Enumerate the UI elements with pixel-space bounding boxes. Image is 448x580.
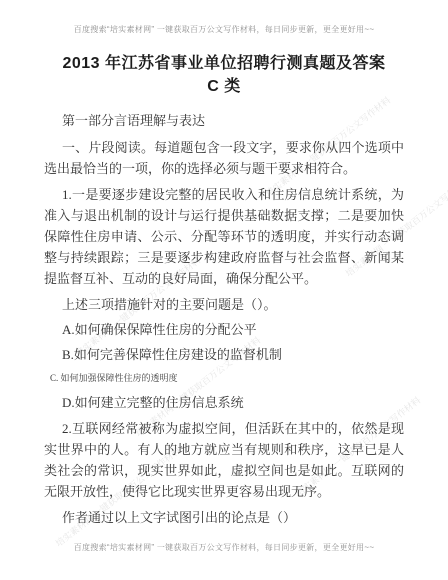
question2-prompt: 作者通过以上文字试图引出的论点是（） [44, 507, 404, 528]
question1-option-c: C. 如何加强保障性住房的透明度 [44, 370, 404, 386]
document-body: 2013 年江苏省事业单位招聘行测真题及答案 C 类 第一部分言语理解与表达 一… [0, 0, 448, 528]
section-intro-paragraph: 一、片段阅读。每道题包含一段文字，要求你从四个选项中选出最恰当的一项，你的选择必… [44, 137, 404, 179]
question2-stem: 2.互联网经常被称为虚拟空间，但活跃在其中的，依然是现实世界中的人。有人的地方就… [44, 418, 404, 502]
page-title: 2013 年江苏省事业单位招聘行测真题及答案 C 类 [57, 52, 391, 98]
footer-promo-banner: 百度搜索“培实素材网” 一键获取百万公文写作材料，每日同步更新，更全更好用~~ [0, 542, 448, 553]
question1-prompt: 上述三项措施针对的主要问题是（）。 [44, 294, 404, 315]
section-heading: 第一部分言语理解与表达 [44, 110, 404, 131]
question1-option-d: D.如何建立完整的住房信息系统 [44, 393, 404, 413]
question1-stem: 1.一是要逐步建设完整的居民收入和住房信息统计系统，为准入与退出机制的设计与运行… [44, 184, 404, 289]
document-page: 百度搜索“培实素材网” 一键获取百万公文写作材料，每日同步更新，更全更好用~~ … [0, 0, 448, 580]
question1-option-b: B.如何完善保障性住房建设的监督机制 [44, 345, 404, 365]
question1-option-a: A.如何确保保障性住房的分配公平 [44, 320, 404, 340]
